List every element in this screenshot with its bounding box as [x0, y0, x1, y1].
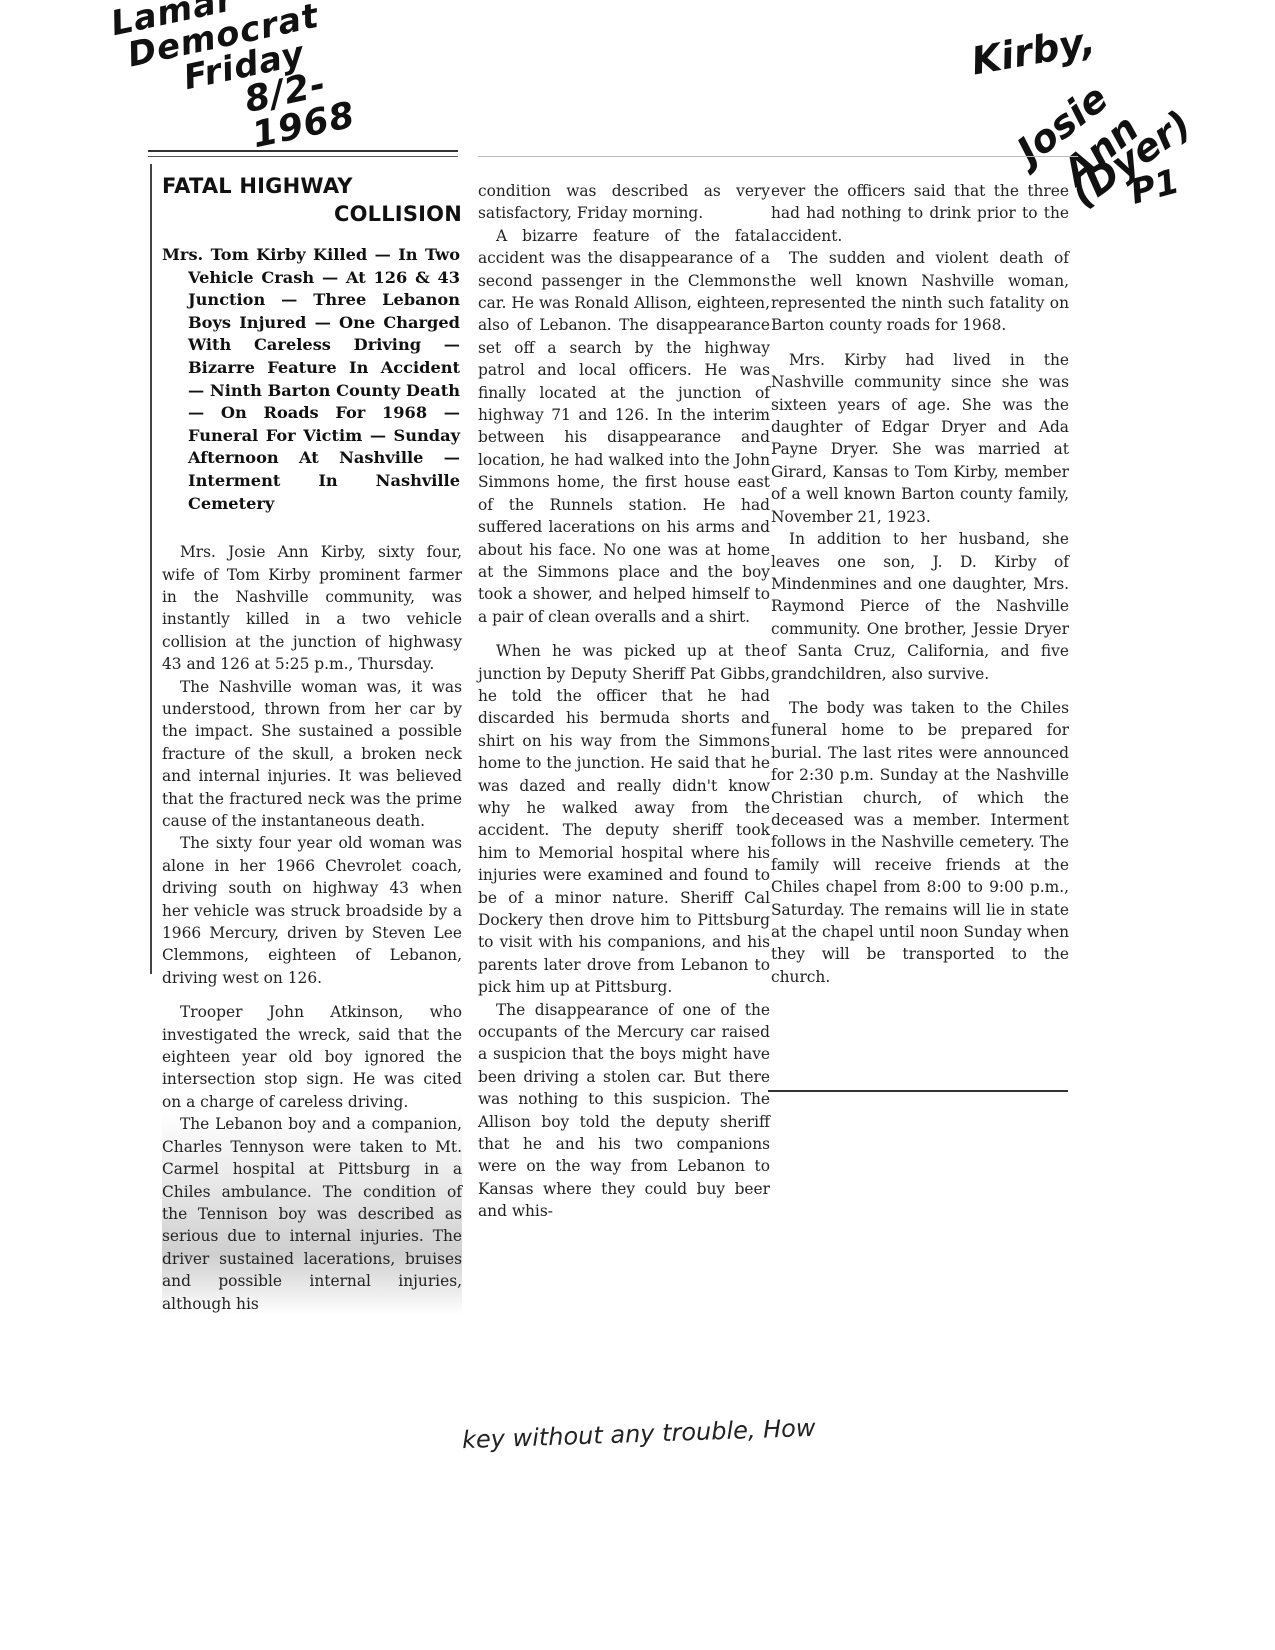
- paragraph: condition was described as very satisfac…: [478, 180, 770, 225]
- column-1-body: Mrs. Josie Ann Kirby, sixty four, wife o…: [162, 541, 462, 1315]
- paragraph: ever the officers said that the three ha…: [771, 180, 1069, 247]
- subheadline-deck: Mrs. Tom Kirby Killed — In Two Vehicle C…: [162, 244, 462, 515]
- paragraph: The sudden and violent death of the well…: [771, 247, 1069, 337]
- paragraph: In addition to her husband, she leaves o…: [771, 528, 1069, 685]
- article-column-2: condition was described as very satisfac…: [478, 180, 770, 1223]
- paragraph: Mrs. Josie Ann Kirby, sixty four, wife o…: [162, 541, 462, 675]
- article-column-1: FATAL HIGHWAY COLLISION Mrs. Tom Kirby K…: [162, 172, 462, 1315]
- article-end-rule: [768, 1090, 1068, 1092]
- newspaper-clipping: FATAL HIGHWAY COLLISION Mrs. Tom Kirby K…: [148, 150, 1078, 1440]
- paragraph: Trooper John Atkinson, who investigated …: [162, 1001, 462, 1113]
- column-border: [150, 164, 152, 974]
- paragraph: The Lebanon boy and a companion, Charles…: [162, 1113, 462, 1315]
- paragraph: The sixty four year old woman was alone …: [162, 832, 462, 989]
- headline-rule: [148, 150, 458, 157]
- headline: FATAL HIGHWAY COLLISION: [162, 172, 462, 228]
- paragraph: The disappearance of one of the occupant…: [478, 999, 770, 1223]
- headline-line-2: COLLISION: [162, 200, 462, 228]
- paragraph: When he was picked up at the junction by…: [478, 640, 770, 999]
- paragraph: The body was taken to the Chiles funeral…: [771, 697, 1069, 988]
- paragraph: A bizarre feature of the fatal accident …: [478, 225, 770, 628]
- article-column-3: ever the officers said that the three ha…: [771, 180, 1069, 988]
- top-edge-line: [478, 156, 1078, 157]
- paragraph: Mrs. Kirby had lived in the Nashville co…: [771, 349, 1069, 528]
- paragraph: The Nashville woman was, it was understo…: [162, 676, 462, 833]
- headline-line-1: FATAL HIGHWAY: [162, 174, 353, 198]
